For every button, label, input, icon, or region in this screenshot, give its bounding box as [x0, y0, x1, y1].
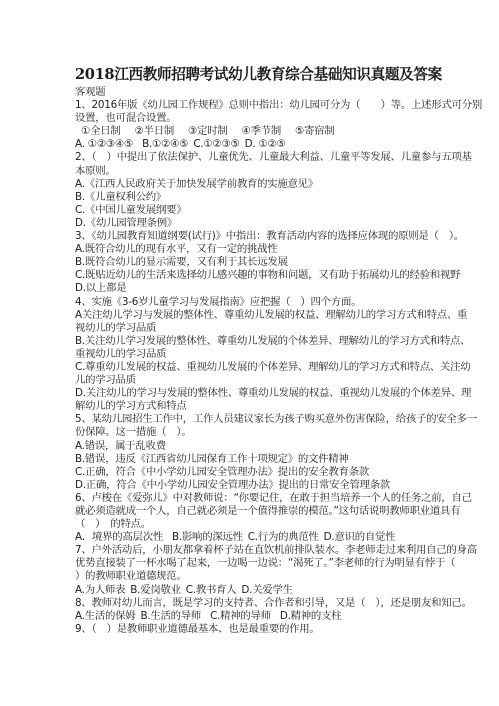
option-d: D.正确，符合《中小学幼儿园安全管理办法》提出的日常安全管理条款 [75, 479, 427, 492]
question-3: 3、《幼儿园教育知道纲要(试行)》中指出：教育活动内容的选择应体现的原则是（ ）… [75, 230, 427, 295]
item: ①全日制 [81, 125, 121, 138]
option-b: B.①②④⑤ [142, 138, 188, 151]
question-1: 1、2016年版《幼儿园工作规程》总则中指出：幼儿园可分为（ ）等。上述形式可分… [75, 99, 427, 151]
question-text: 3、《幼儿园教育知道纲要(试行)》中指出：教育活动内容的选择应体现的原则是（ ）… [75, 230, 427, 243]
option-d: D.关爱学生 [241, 584, 292, 597]
option-a: A.为人师表 [75, 584, 125, 597]
question-text: 5、某幼儿园招生工作中，工作人员建议家长为孩子购买意外伤害保险，给孩子的安全多一 [75, 413, 427, 426]
question-4: 4、实施《3-6岁儿童学习与发展指南》应把握（ ）四个方面。 A关注幼儿学习与发… [75, 296, 427, 414]
option-d: D.以上都是 [75, 282, 427, 295]
option-c-cont: 儿的学习品质 [75, 374, 427, 387]
question-text: 7、户外活动后，小朋友都拿着杯子站在直饮机前排队装水。李老师走过来利用自己的身高 [75, 544, 427, 557]
option-b: B.爱岗敬业 [130, 584, 181, 597]
option-a: A.生活的保姆 [75, 610, 135, 623]
question-text: 本原则。 [75, 165, 427, 178]
option-a: A.既符合幼儿的现有水平，又有一定的挑战性 [75, 243, 427, 256]
option-d-cont: 解幼儿的学习方式和特点 [75, 400, 427, 413]
option-a: A．境界的高层次性 [75, 531, 163, 544]
option-d: D.关注幼儿的学习与发展的整体性、尊重幼儿发展的权益、重视幼儿发展的个体差异、理 [75, 387, 427, 400]
question-text: 优势直接装了一杯水喝了起来，一边喝一边说：“渴死了。”李老师的行为明显有悖于（ [75, 557, 427, 570]
question-text: 2、（ ）中提出了依法保护、儿童优先、儿童最大利益、儿童平等发展、儿童参与五项基 [75, 151, 427, 164]
answer-options: A.生活的保姆B.生活的导师C.精神的导师D.精神的支柱 [75, 610, 427, 623]
item: ②半日制 [135, 125, 175, 138]
option-c: C.精神的导师 [210, 610, 271, 623]
answer-options: A.为人师表B.爱岗敬业C.教书育人D.关爱学生 [75, 584, 427, 597]
option-a: A.错误，属于乱收费 [75, 440, 427, 453]
option-d: D. ①②⑤ [245, 138, 286, 151]
option-d: D.精神的支柱 [280, 610, 342, 623]
question-text: 就必须造就成一个人，自己就必须是一个值得推崇的模范。”这句话说明教师职业道具有 [75, 505, 427, 518]
question-text: 4、实施《3-6岁儿童学习与发展指南》应把握（ ）四个方面。 [75, 296, 427, 309]
item: ③定时制 [188, 125, 228, 138]
question-text: （ ） 的特点。 [75, 518, 427, 531]
answer-options: A. ①②③④⑤B.①②④⑤C.①②③⑤D. ①②⑤ [75, 138, 427, 151]
option-c: C.既贴近幼儿的生活来选择幼儿感兴趣的事物和问题，又有助于拓展幼儿的经验和视野 [75, 269, 427, 282]
option-a: A关注幼儿学习与发展的整体性、尊重幼儿发展的权益、理解幼儿的学习方式和特点、重 [75, 309, 427, 322]
item-list: ①全日制②半日制③定时制④季节制⑤寄宿制 [75, 125, 427, 138]
option-b-cont: 重视幼儿的学习品质 [75, 348, 427, 361]
document-body: 客观题 1、2016年版《幼儿园工作规程》总则中指出：幼儿园可分为（ ）等。上述… [75, 86, 427, 636]
option-b: B.生活的导师 [140, 610, 201, 623]
option-d: D.意识的自觉性 [324, 531, 396, 544]
question-2: 2、（ ）中提出了依法保护、儿童优先、儿童最大利益、儿童平等发展、儿童参与五项基… [75, 151, 427, 230]
question-6: 6、卢梭在《爱弥儿》中对教师说：“你要记住，在敢于担当培养一个人的任务之前，自己… [75, 492, 427, 544]
section-heading: 客观题 [75, 86, 427, 99]
option-b: B.关注幼儿学习发展的整体性、尊重幼儿发展的个体差异、理解幼儿的学习方式和特点、 [75, 335, 427, 348]
option-c: C.《中国儿童发展纲要》 [75, 204, 427, 217]
question-7: 7、户外活动后，小朋友都拿着杯子站在直饮机前排队装水。李老师走过来利用自己的身高… [75, 544, 427, 596]
option-c: C.教书育人 [186, 584, 237, 597]
question-text: ）的教师职业道德规范。 [75, 570, 427, 583]
question-text: 9、（ ）是教师职业道德最基本、也是最重要的作用。 [75, 623, 427, 636]
item: ④季节制 [242, 125, 282, 138]
option-b: B.错误，违反《江西省幼儿园保育工作十项规定》的文件精神 [75, 453, 427, 466]
option-c: C.行为的典范性 [248, 531, 319, 544]
option-c: C.正确，符合《中小学幼儿园安全管理办法》提出的安全教育条款 [75, 466, 427, 479]
option-b: B.既符合幼儿的显示需要，又有利于其长远发展 [75, 256, 427, 269]
question-text: 6、卢梭在《爱弥儿》中对教师说：“你要记住，在敢于担当培养一个人的任务之前，自己 [75, 492, 427, 505]
item: ⑤寄宿制 [295, 125, 335, 138]
question-9: 9、（ ）是教师职业道德最基本、也是最重要的作用。 [75, 623, 427, 636]
option-d: D.《幼儿园管理条例》 [75, 217, 427, 230]
option-c: C.尊重幼儿发展的权益、重视幼儿发展的个体差异、理解幼儿的学习方式和特点、关注幼 [75, 361, 427, 374]
question-8: 8、教师对幼儿而言，既是学习的支持者、合作者和引导，又是（ ），还是朋友和知己。… [75, 597, 427, 623]
question-text: 份保障。这一措施（ ）。 [75, 426, 427, 439]
question-5: 5、某幼儿园招生工作中，工作人员建议家长为孩子购买意外伤害保险，给孩子的安全多一… [75, 413, 427, 492]
option-b: B.《儿童权利公约》 [75, 191, 427, 204]
document-title: 2018江西教师招聘考试幼儿教育综合基础知识真题及答案 [75, 66, 420, 84]
option-c: C.①②③⑤ [193, 138, 239, 151]
option-b: B.影响的深远性 [172, 531, 243, 544]
question-text: 1、2016年版《幼儿园工作规程》总则中指出：幼儿园可分为（ ）等。上述形式可分… [75, 99, 427, 112]
document-page: 2018江西教师招聘考试幼儿教育综合基础知识真题及答案 客观题 1、2016年版… [0, 0, 499, 706]
question-text: 设置，也可混合设置。 [75, 112, 427, 125]
option-a-cont: 视幼儿的学习品质 [75, 322, 427, 335]
answer-options: A．境界的高层次性B.影响的深远性C.行为的典范性D.意识的自觉性 [75, 531, 427, 544]
option-a: A.《江西人民政府关于加快发展学前教育的实施意见》 [75, 178, 427, 191]
option-a: A. ①②③④⑤ [75, 138, 133, 151]
question-text: 8、教师对幼儿而言，既是学习的支持者、合作者和引导，又是（ ），还是朋友和知己。 [75, 597, 427, 610]
